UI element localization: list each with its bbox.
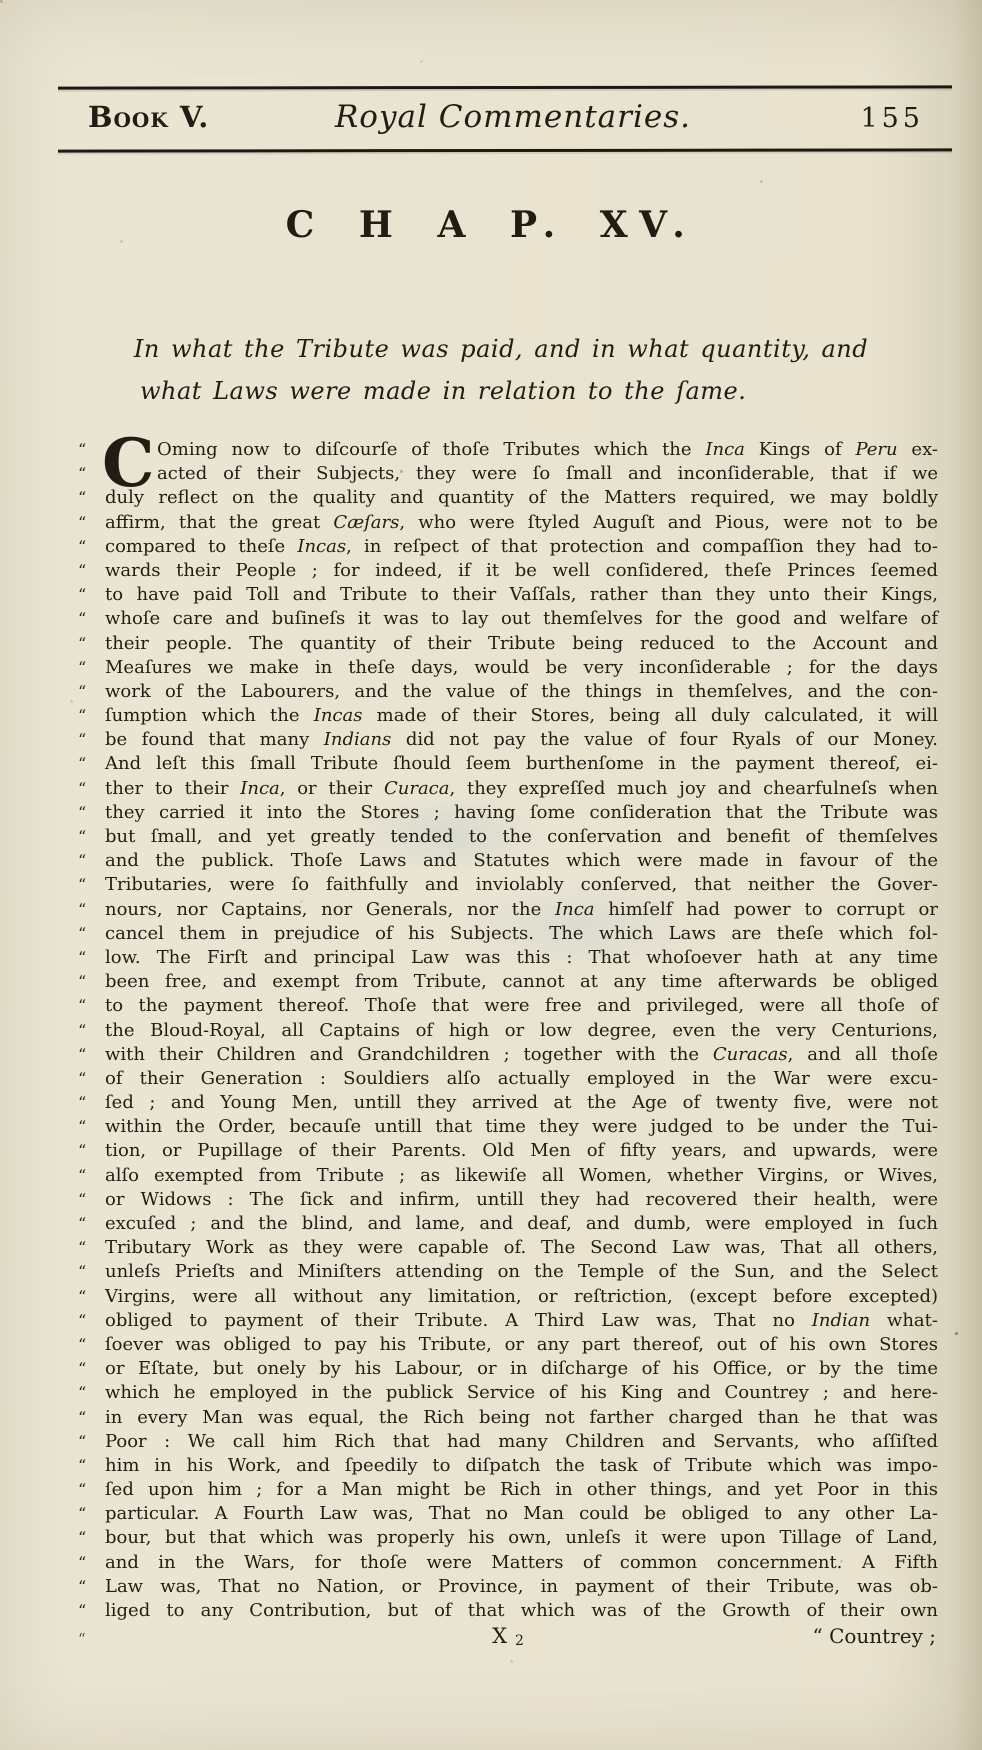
margin-quote-mark: “ bbox=[78, 1551, 105, 1575]
margin-quote-mark: “ bbox=[78, 922, 105, 946]
margin-quote-mark: “ bbox=[78, 849, 105, 873]
body-lines: “Oming now to diſcourſe of thoſe Tribute… bbox=[78, 438, 938, 1623]
book-label: Book V. bbox=[88, 100, 209, 134]
body-line: “they carried it into the Stores ; havin… bbox=[78, 801, 938, 825]
margin-quote-mark: “ bbox=[78, 535, 105, 559]
drop-cap: C bbox=[102, 439, 155, 487]
body-line: “him in his Work, and ſpeedily to diſpat… bbox=[78, 1454, 938, 1478]
body-line: “or Eſtate, but onely by his Labour, or … bbox=[78, 1357, 938, 1381]
margin-quote-mark: “ bbox=[78, 680, 105, 704]
margin-quote-mark: “ bbox=[78, 1309, 105, 1333]
margin-quote-mark: “ bbox=[78, 1478, 105, 1502]
chapter-subtitle: In what the Tribute was paid, and in wha… bbox=[80, 328, 922, 412]
page-footer: “ X2 “ Countrey ; bbox=[78, 1624, 938, 1658]
body-line: “in every Man was equal, the Rich being … bbox=[78, 1406, 938, 1430]
running-title: Royal Commentaries. bbox=[335, 99, 691, 135]
margin-quote-mark: “ bbox=[78, 1043, 105, 1067]
body-line: “affirm, that the great Cæſars, who were… bbox=[78, 511, 938, 535]
margin-quote-mark: “ bbox=[78, 1381, 105, 1405]
page-header: Book V. Royal Commentaries. 155 bbox=[88, 99, 938, 143]
body-line: “ther to their Inca, or their Curaca, th… bbox=[78, 777, 938, 801]
margin-quote-mark: “ bbox=[78, 1502, 105, 1526]
margin-quote-mark: “ bbox=[78, 873, 105, 897]
body-line: “and in the Wars, for thoſe were Matters… bbox=[78, 1551, 938, 1575]
margin-quote-mark: “ bbox=[78, 1091, 105, 1115]
body-line: “ſed ; and Young Men, untill they arrive… bbox=[78, 1091, 938, 1115]
margin-quote-mark: “ bbox=[78, 1406, 105, 1430]
page-number: 155 bbox=[860, 103, 938, 134]
body-line: “tion, or Pupillage of their Parents. Ol… bbox=[78, 1139, 938, 1163]
body-line: “liged to any Contribution, but of that … bbox=[78, 1599, 938, 1623]
margin-quote-mark: “ bbox=[78, 1599, 105, 1623]
body-line: “Virgins, were all without any limitatio… bbox=[78, 1285, 938, 1309]
margin-quote-mark: “ bbox=[78, 1188, 105, 1212]
margin-quote-mark: “ bbox=[78, 970, 105, 994]
margin-quote-mark: “ bbox=[78, 1526, 105, 1550]
body-line: “within the Order, becauſe untill that t… bbox=[78, 1115, 938, 1139]
signature-number: 2 bbox=[515, 1633, 524, 1649]
margin-quote-mark: “ bbox=[78, 438, 105, 462]
margin-quote-mark: “ bbox=[78, 511, 105, 535]
signature-letter: X bbox=[492, 1624, 507, 1648]
body-line: “the Bloud-Royal, all Captains of high o… bbox=[78, 1019, 938, 1043]
margin-quote-mark: “ bbox=[78, 1357, 105, 1381]
margin-quote-mark: “ bbox=[78, 1164, 105, 1188]
chapter-heading: C H A P. XV. bbox=[0, 204, 982, 246]
signature-mark: X2 bbox=[78, 1624, 938, 1648]
book-page: Book V. Royal Commentaries. 155 C H A P.… bbox=[0, 0, 982, 1750]
margin-quote-mark: “ bbox=[78, 1260, 105, 1284]
margin-quote-mark: “ bbox=[78, 1115, 105, 1139]
margin-quote-mark: “ bbox=[78, 777, 105, 801]
body-line: “Poor : We call him Rich that had many C… bbox=[78, 1430, 938, 1454]
margin-quote-mark: “ bbox=[78, 994, 105, 1018]
margin-quote-mark: “ bbox=[78, 752, 105, 776]
margin-quote-mark: “ bbox=[78, 1454, 105, 1478]
body-line: “Law was, That no Nation, or Province, i… bbox=[78, 1575, 938, 1599]
margin-quote-mark: “ bbox=[78, 946, 105, 970]
body-line: “ſoever was obliged to pay his Tribute, … bbox=[78, 1333, 938, 1357]
body-line: “ſumption which the Incas made of their … bbox=[78, 704, 938, 728]
margin-quote-mark: “ bbox=[78, 704, 105, 728]
margin-quote-mark: “ bbox=[78, 632, 105, 656]
margin-quote-mark: “ bbox=[78, 1333, 105, 1357]
margin-quote-mark: “ bbox=[78, 1285, 105, 1309]
body-line: “duly reflect on the quality and quantit… bbox=[78, 486, 938, 510]
body-line: “And leſt this ſmall Tribute ſhould ſeem… bbox=[78, 752, 938, 776]
margin-quote-mark: “ bbox=[78, 583, 105, 607]
body-line: “be found that many Indians did not pay … bbox=[78, 728, 938, 752]
catchword: “ Countrey ; bbox=[812, 1624, 936, 1648]
margin-quote-mark: “ bbox=[78, 1139, 105, 1163]
body-line: “alſo exempted from Tribute ; as likewiſ… bbox=[78, 1164, 938, 1188]
margin-quote-mark: “ bbox=[78, 1067, 105, 1091]
margin-quote-mark: “ bbox=[78, 656, 105, 680]
margin-quote-mark: “ bbox=[78, 462, 105, 486]
body-text: C “Oming now to diſcourſe of thoſe Tribu… bbox=[78, 438, 938, 1623]
subtitle-line-2: what Laws were made in relation to the ſ… bbox=[80, 370, 922, 412]
margin-quote-mark: “ bbox=[78, 486, 105, 510]
body-line: “particular. A Fourth Law was, That no M… bbox=[78, 1502, 938, 1526]
body-line: “or Widows : The ſick and infirm, untill… bbox=[78, 1188, 938, 1212]
margin-quote-mark: “ bbox=[78, 728, 105, 752]
margin-quote-mark: “ bbox=[78, 1575, 105, 1599]
margin-quote-mark: “ bbox=[78, 1236, 105, 1260]
body-line: “obliged to payment of their Tribute. A … bbox=[78, 1309, 938, 1333]
body-line: “unleſs Prieſts and Miniſters attending … bbox=[78, 1260, 938, 1284]
body-line: “which he employed in the publick Servic… bbox=[78, 1381, 938, 1405]
header-rule-bottom bbox=[58, 148, 952, 152]
body-line: “wards their People ; for indeed, if it … bbox=[78, 559, 938, 583]
margin-quote-mark: “ bbox=[78, 1430, 105, 1454]
body-line: “low. The Firſt and principal Law was th… bbox=[78, 946, 938, 970]
body-line: “cancel them in prejudice of his Subject… bbox=[78, 922, 938, 946]
margin-quote-mark: “ bbox=[78, 1019, 105, 1043]
body-line: “bour, but that which was properly his o… bbox=[78, 1526, 938, 1550]
margin-quote-mark: “ bbox=[78, 1212, 105, 1236]
body-line: “their people. The quantity of their Tri… bbox=[78, 632, 938, 656]
body-line: “but ſmall, and yet greatly tended to th… bbox=[78, 825, 938, 849]
body-line: “been free, and exempt from Tribute, can… bbox=[78, 970, 938, 994]
body-line: “to have paid Toll and Tribute to their … bbox=[78, 583, 938, 607]
body-line: “Tributaries, were ſo faithfully and inv… bbox=[78, 873, 938, 897]
margin-quote-mark: “ bbox=[78, 801, 105, 825]
subtitle-line-1: In what the Tribute was paid, and in wha… bbox=[80, 328, 922, 370]
body-line: “Oming now to diſcourſe of thoſe Tribute… bbox=[78, 438, 938, 462]
body-line: “Tributary Work as they were capable of.… bbox=[78, 1236, 938, 1260]
body-line: “Meaſures we make in theſe days, would b… bbox=[78, 656, 938, 680]
body-line: “of their Generation : Souldiers alſo ac… bbox=[78, 1067, 938, 1091]
body-line: “excuſed ; and the blind, and lame, and … bbox=[78, 1212, 938, 1236]
body-line: “to the payment thereof. Thoſe that were… bbox=[78, 994, 938, 1018]
body-line: “compared to theſe Incas, in reſpect of … bbox=[78, 535, 938, 559]
margin-quote-mark: “ bbox=[78, 825, 105, 849]
body-line: “nours, nor Captains, nor Generals, nor … bbox=[78, 898, 938, 922]
body-line: “and the publick. Thoſe Laws and Statute… bbox=[78, 849, 938, 873]
header-rule-top bbox=[58, 85, 952, 89]
margin-quote-mark: “ bbox=[78, 898, 105, 922]
body-line: “ſed upon him ; for a Man might be Rich … bbox=[78, 1478, 938, 1502]
body-line: “whoſe care and buſineſs it was to lay o… bbox=[78, 607, 938, 631]
margin-quote-mark: “ bbox=[78, 607, 105, 631]
margin-quote-mark: “ bbox=[78, 559, 105, 583]
body-line: “with their Children and Grandchildren ;… bbox=[78, 1043, 938, 1067]
body-line: “acted of their Subjects, they were ſo ſ… bbox=[78, 462, 938, 486]
body-line: “work of the Labourers, and the value of… bbox=[78, 680, 938, 704]
